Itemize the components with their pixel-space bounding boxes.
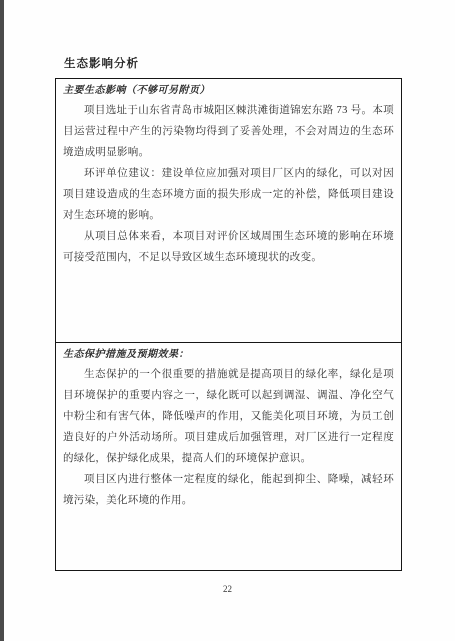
paragraph-overall-conclusion: 从项目总体来看，本项目对评价区域周围生态环境的影响在环境可接受范围内，不足以导致… bbox=[63, 226, 394, 268]
eco-protection-heading: 生态保护措施及预期效果： bbox=[63, 347, 394, 362]
document-page: 生态影响分析 主要生态影响（不够可另附页） 项目选址于山东省青岛市城阳区棘洪滩街… bbox=[0, 0, 455, 641]
page-left-edge bbox=[0, 0, 4, 641]
section-main-eco-impact: 主要生态影响（不够可另附页） 项目选址于山东省青岛市城阳区棘洪滩街道锦宏东路 7… bbox=[56, 79, 401, 343]
paragraph-greening-effect: 项目区内进行整体一定程度的绿化，能起到抑尘、降噪，减轻环境污染，美化环境的作用。 bbox=[63, 469, 394, 511]
main-eco-impact-heading: 主要生态影响（不够可另附页） bbox=[63, 83, 394, 98]
page-title: 生态影响分析 bbox=[64, 55, 139, 71]
section-eco-protection-measures: 生态保护措施及预期效果： 生态保护的一个很重要的措施就是提高项目的绿化率，绿化是… bbox=[56, 343, 401, 570]
paragraph-greening-measures: 生态保护的一个很重要的措施就是提高项目的绿化率，绿化是项目环境保护的重要内容之一… bbox=[63, 364, 394, 469]
eco-impact-form-table: 主要生态影响（不够可另附页） 项目选址于山东省青岛市城阳区棘洪滩街道锦宏东路 7… bbox=[55, 78, 402, 571]
paragraph-eia-suggestion: 环评单位建议：建设单位应加强对项目厂区内的绿化，可以对因项目建设造成的生态环境方… bbox=[63, 163, 394, 226]
paragraph-site-location: 项目选址于山东省青岛市城阳区棘洪滩街道锦宏东路 73 号。本项目运营过程中产生的… bbox=[63, 100, 394, 163]
page-number: 22 bbox=[0, 584, 455, 594]
